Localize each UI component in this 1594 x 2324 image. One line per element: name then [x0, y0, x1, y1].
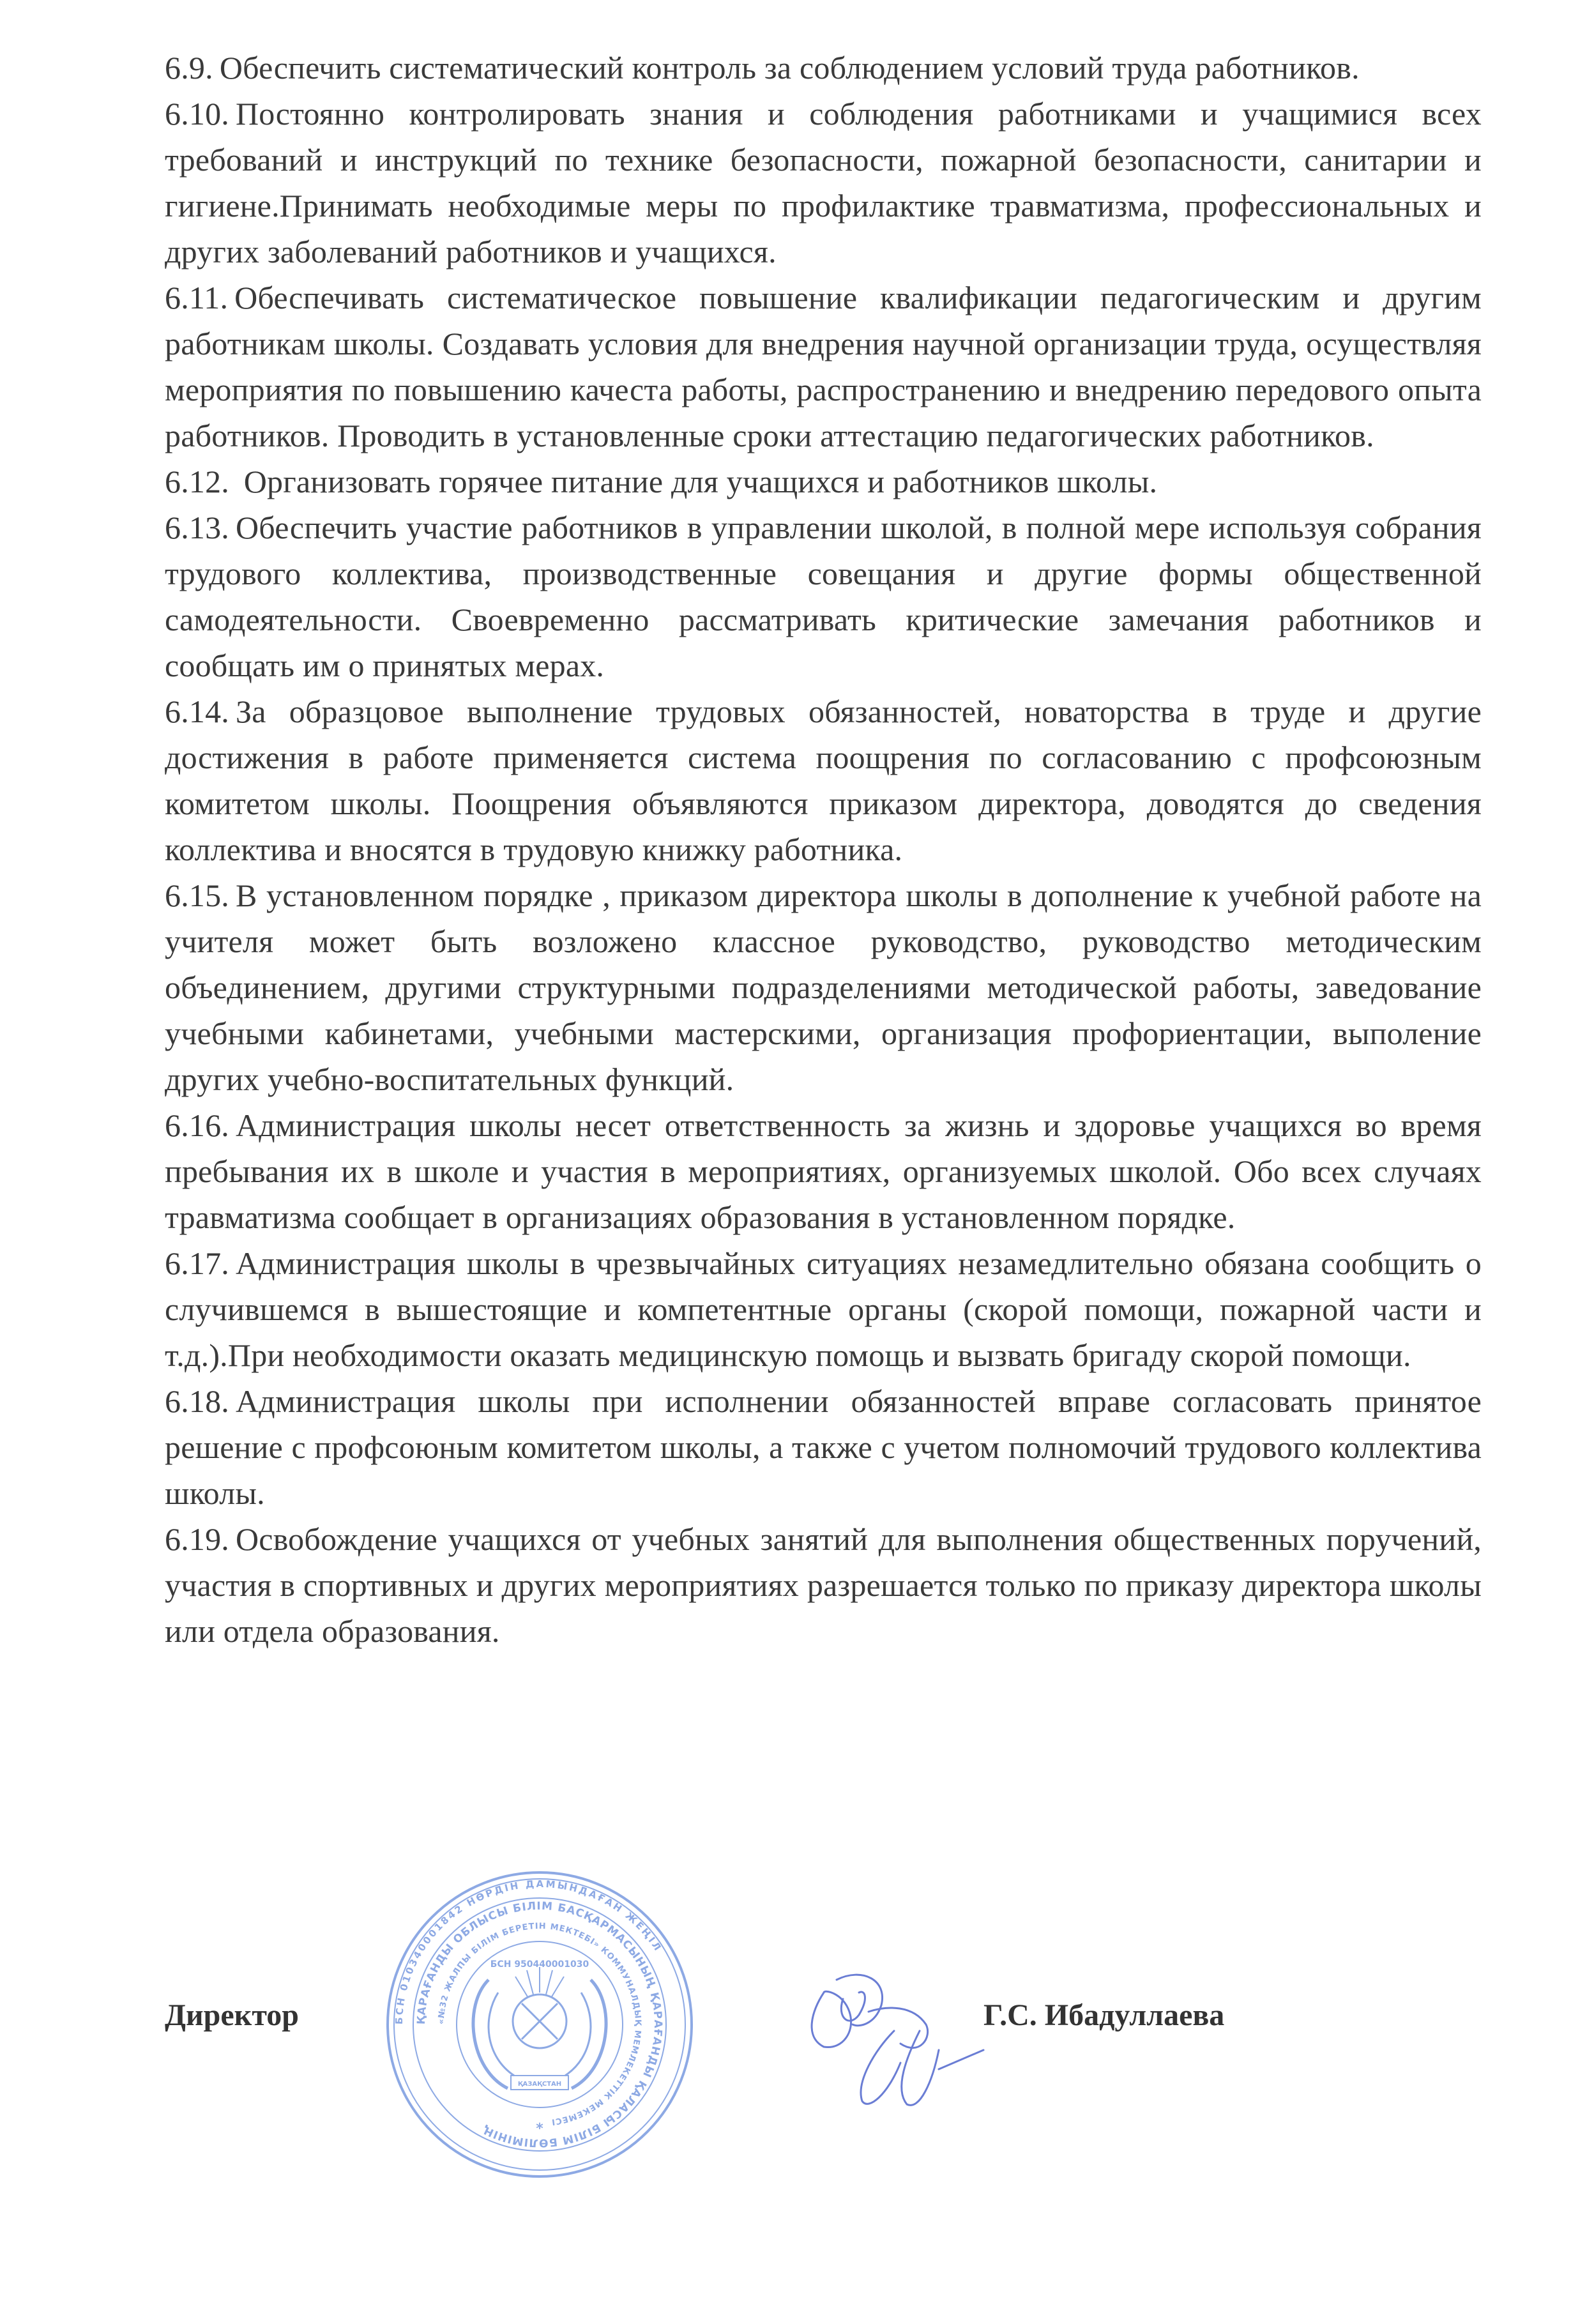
- paragraph-text: За образцовое выполнение трудовых обязан…: [165, 694, 1482, 867]
- paragraph-number: 6.17.: [165, 1245, 229, 1281]
- paragraph-6-17: 6.17.Администрация школы в чрезвычайных …: [165, 1240, 1482, 1378]
- paragraph-6-16: 6.16.Администрация школы несет ответстве…: [165, 1102, 1482, 1240]
- paragraph-6-10: 6.10.Постоянно контролировать знания и с…: [165, 91, 1482, 275]
- svg-text:БСН 010340001842 НӨРДІН ДАМЫНД: БСН 010340001842 НӨРДІН ДАМЫНДАҒАН ЖЕҢІЛ: [393, 1878, 664, 2024]
- paragraph-text: Обеспечить участие работников в управлен…: [165, 510, 1482, 683]
- paragraph-number: 6.15.: [165, 877, 229, 913]
- paragraph-6-11: 6.11.Обеспечивать систематическое повыше…: [165, 275, 1482, 459]
- paragraph-text: Администрация школы несет ответственност…: [165, 1107, 1482, 1235]
- paragraph-6-15: 6.15.В установленном порядке , приказом …: [165, 872, 1482, 1102]
- paragraph-text: Администрация школы в чрезвычайных ситуа…: [165, 1245, 1482, 1373]
- paragraph-text: Обеспечивать систематическое повышение к…: [165, 280, 1482, 453]
- paragraph-number: 6.12.: [165, 464, 229, 499]
- paragraph-6-14: 6.14.За образцовое выполнение трудовых о…: [165, 688, 1482, 872]
- svg-text:«№32 ЖАЛПЫ БІЛІМ БЕРЕТІН МЕКТЕ: «№32 ЖАЛПЫ БІЛІМ БЕРЕТІН МЕКТЕБІ» КОММУН…: [437, 1922, 642, 2127]
- paragraph-6-12: 6.12. Организовать горячее питание для у…: [165, 459, 1482, 505]
- paragraph-6-13: 6.13.Обеспечить участие работников в упр…: [165, 505, 1482, 688]
- paragraph-text: В установленном порядке , приказом дирек…: [165, 877, 1482, 1097]
- document-page: 6.9.Обеспечить систематический контроль …: [165, 45, 1482, 1654]
- svg-text:ҚАЗАҚСТАН: ҚАЗАҚСТАН: [518, 2081, 561, 2088]
- paragraph-number: 6.9.: [165, 50, 213, 86]
- paragraph-text: Администрация школы при исполнении обяза…: [165, 1383, 1482, 1511]
- paragraph-text: Организовать горячее питание для учащихс…: [236, 464, 1157, 499]
- director-title: Директор: [165, 1998, 299, 2033]
- svg-text:ҚАРАҒАНДЫ ОБЛЫСЫ БІЛІМ БАСҚАРМ: ҚАРАҒАНДЫ ОБЛЫСЫ БІЛІМ БАСҚАРМАСЫНЫҢ ҚАР…: [415, 1900, 664, 2149]
- svg-text:БСН 950440001030: БСН 950440001030: [490, 1959, 589, 1970]
- paragraph-number: 6.10.: [165, 96, 229, 132]
- paragraph-number: 6.14.: [165, 694, 229, 729]
- svg-text:*: *: [536, 2121, 543, 2137]
- paragraph-number: 6.16.: [165, 1107, 229, 1143]
- official-stamp-icon: БСН 010340001842 НӨРДІН ДАМЫНДАҒАН ЖЕҢІЛ…: [380, 1865, 699, 2184]
- paragraph-6-19: 6.19.Освобождение учащихся от учебных за…: [165, 1516, 1482, 1654]
- paragraph-6-9: 6.9.Обеспечить систематический контроль …: [165, 45, 1482, 91]
- handwritten-signature-icon: [798, 1954, 1009, 2114]
- paragraph-text: Освобождение учащихся от учебных занятий…: [165, 1521, 1482, 1649]
- paragraph-number: 6.19.: [165, 1521, 229, 1557]
- director-name: Г.С. Ибадуллаева: [983, 1998, 1224, 2033]
- paragraph-text: Обеспечить систематический контроль за с…: [220, 50, 1360, 86]
- paragraph-6-18: 6.18.Администрация школы при исполнении …: [165, 1378, 1482, 1516]
- paragraph-text: Постоянно контролировать знания и соблюд…: [165, 96, 1482, 270]
- paragraph-number: 6.13.: [165, 510, 229, 545]
- paragraph-number: 6.11.: [165, 280, 228, 315]
- paragraph-number: 6.18.: [165, 1383, 229, 1419]
